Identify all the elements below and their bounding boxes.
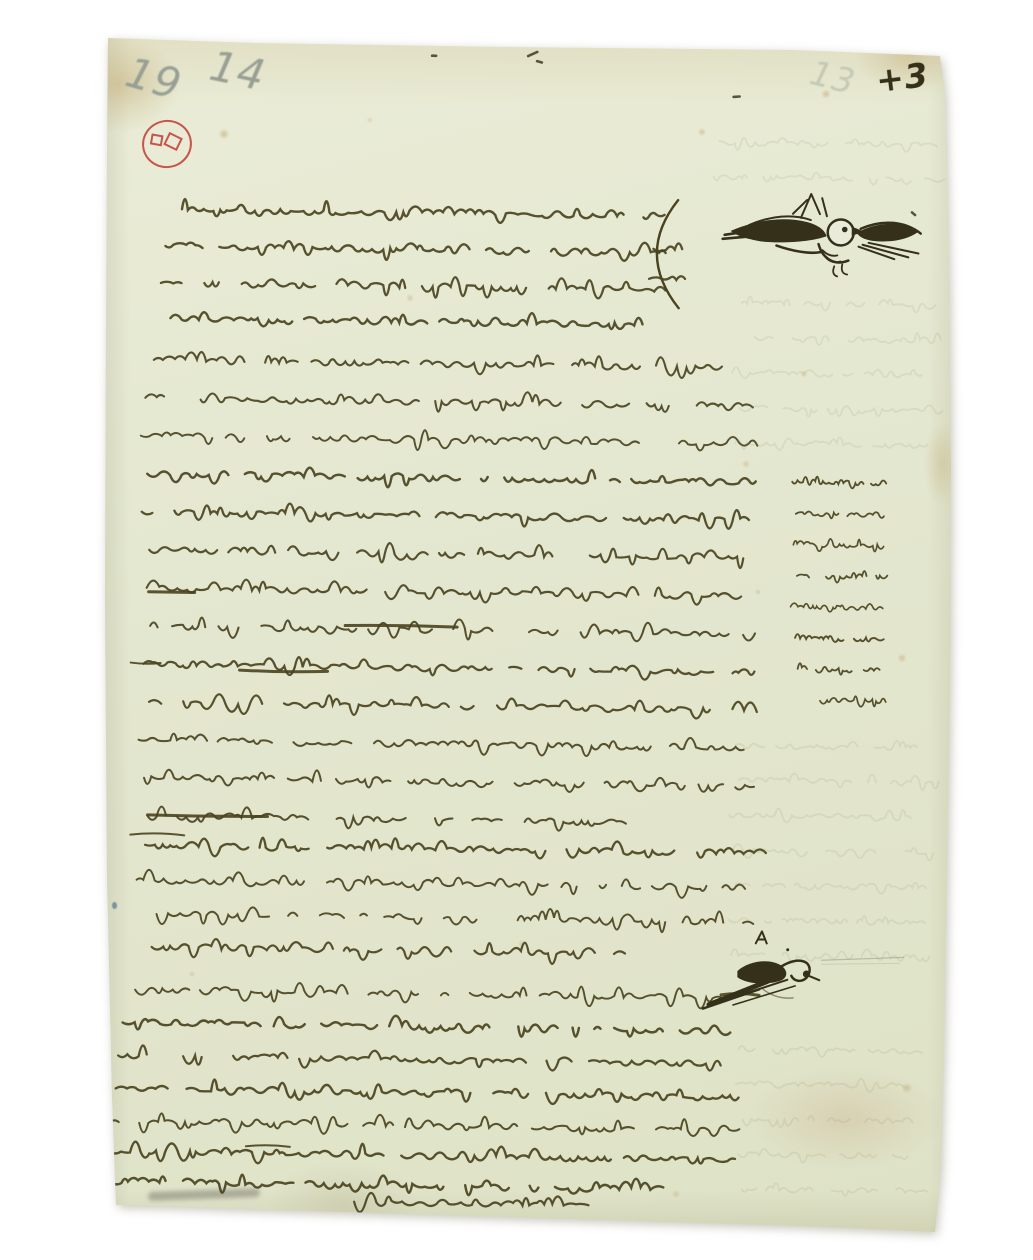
folio-number-ink: +3 [874,55,931,100]
blue-fleck [112,902,117,909]
flying-bird-sketch-lower [703,931,904,1012]
folio-number-pencil-13: 13 [806,53,860,103]
smudge-mark [148,1188,260,1201]
handwriting-ink-layer [104,36,952,1236]
library-stamp [137,115,197,174]
mirror-writing-text [108,46,952,1220]
paragraph-bracket [656,200,680,308]
stamp-glyph [150,133,164,146]
stamp-glyph [163,132,183,151]
flying-bird-sketch-upper [722,193,921,278]
manuscript-page: 19 14 13 +3 [104,36,952,1236]
page-shadow-wrapper: 19 14 13 +3 [0,0,1033,1260]
folio-number-pencil-19: 19 [120,47,187,109]
folio-number-pencil-14: 14 [206,41,270,100]
photograph-background: 19 14 13 +3 [0,0,1033,1260]
